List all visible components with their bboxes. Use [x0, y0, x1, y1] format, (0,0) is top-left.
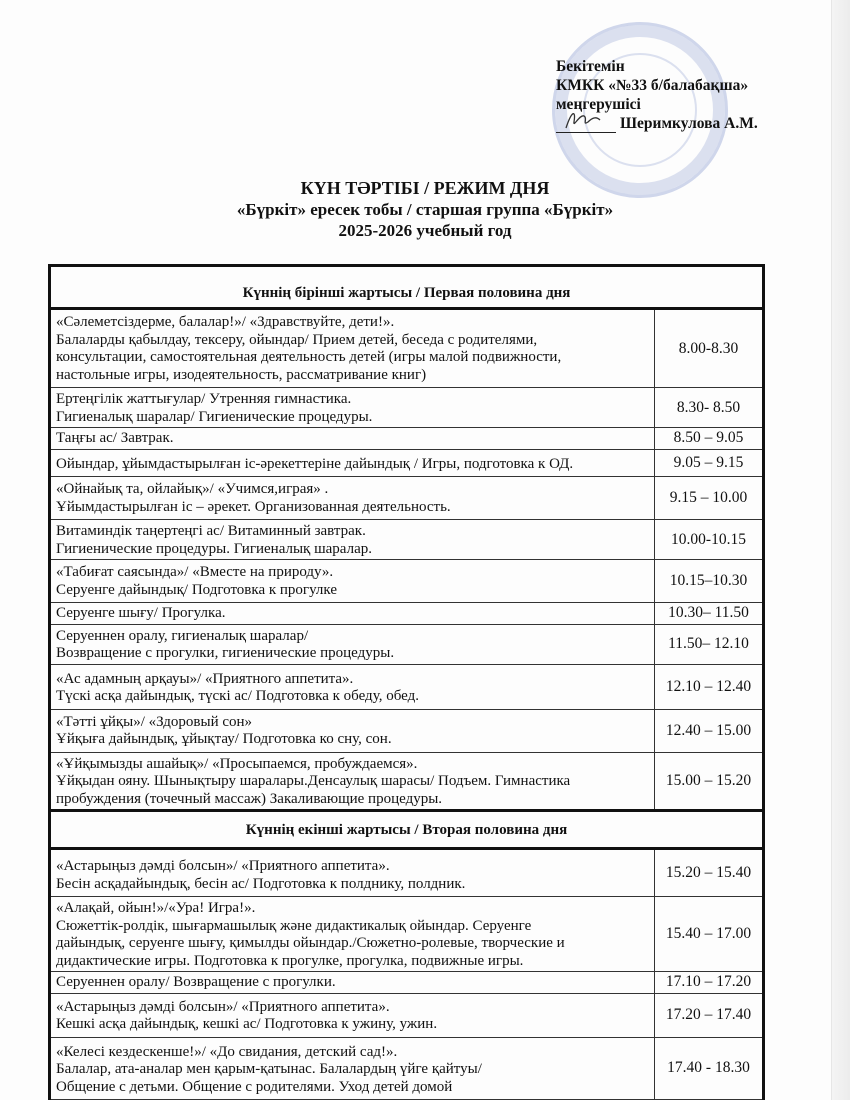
- activity-line: «Тәтті ұйқы»/ «Здоровый сон»: [56, 714, 650, 732]
- activity-line: Балалар, ата-аналар мен қарым-қатынас. Б…: [56, 1061, 650, 1079]
- activity-line: Кешкі асқа дайындық, кешкі ас/ Подготовк…: [56, 1016, 650, 1034]
- table-row: «Табиғат саясында»/ «Вместе на природу».…: [51, 560, 762, 603]
- activity-line: Балаларды қабылдау, тексеру, ойындар/ Пр…: [56, 332, 650, 350]
- activity-line: «Табиғат саясында»/ «Вместе на природу».: [56, 564, 650, 582]
- approval-block: Бекітемін КМКК «№33 б/балабақша» меңгеру…: [556, 57, 758, 133]
- page-edge: [831, 0, 850, 1100]
- time-cell: 15.20 – 15.40: [655, 850, 762, 896]
- activity-line: Бесін асқадайындық, бесін ас/ Подготовка…: [56, 876, 650, 894]
- title-group: «Бүркіт» ересек тобы / старшая группа «Б…: [0, 199, 850, 220]
- table-row: «Ұйқымызды ашайық»/ «Просыпаемся, пробуж…: [51, 753, 762, 813]
- activity-line: «Алақай, ойын!»/«Ура! Игра!».: [56, 900, 650, 918]
- table-row: «Астарыңыз дәмді болсын»/ «Приятного апп…: [51, 994, 762, 1038]
- table-row: «Ас адамның арқауы»/ «Приятного аппетита…: [51, 665, 762, 710]
- table-row: «Астарыңыз дәмді болсын»/ «Приятного апп…: [51, 850, 762, 897]
- time-cell: 17.40 - 18.30: [655, 1038, 762, 1100]
- activity-line: Гигиенические процедуры. Гигиеналық шара…: [56, 541, 650, 559]
- activity-line: Ұйымдастырылған іс – әрекет. Организован…: [56, 499, 650, 517]
- title-main: КҮН ТӘРТІБІ / РЕЖИМ ДНЯ: [0, 178, 850, 199]
- document-title: КҮН ТӘРТІБІ / РЕЖИМ ДНЯ «Бүркіт» ересек …: [0, 178, 850, 241]
- activity-line: «Ас адамның арқауы»/ «Приятного аппетита…: [56, 671, 650, 689]
- time-cell: 17.20 – 17.40: [655, 994, 762, 1037]
- approval-line-2: КМКК «№33 б/балабақша»: [556, 76, 758, 95]
- activity-cell: «Келесі кездескенше!»/ «До свидания, дет…: [51, 1038, 655, 1100]
- table-row: «Келесі кездескенше!»/ «До свидания, дет…: [51, 1038, 762, 1100]
- activity-cell: «Сәлеметсіздерме, балалар!»/ «Здравствуй…: [51, 310, 655, 387]
- time-cell: 8.30- 8.50: [655, 388, 762, 427]
- activity-line: «Ұйқымызды ашайық»/ «Просыпаемся, пробуж…: [56, 756, 650, 774]
- activity-line: Ойындар, ұйымдастырылған іс-әрекеттеріне…: [56, 456, 650, 474]
- activity-cell: «Табиғат саясында»/ «Вместе на природу».…: [51, 560, 655, 602]
- activity-line: Гигиеналық шаралар/ Гигиенические процед…: [56, 409, 650, 427]
- activity-cell: Витаминдік таңертеңгі ас/ Витаминный зав…: [51, 520, 655, 559]
- table-row: «Тәтті ұйқы»/ «Здоровый сон»Ұйқыға дайын…: [51, 710, 762, 753]
- schedule-table: Күннің бірінші жартысы / Первая половина…: [48, 264, 765, 1100]
- section-header: Күннің бірінші жартысы / Первая половина…: [51, 267, 762, 310]
- activity-line: Общение с детьми. Общение с родителями. …: [56, 1079, 650, 1097]
- activity-line: дайындық, серуенге шығу, қимылды ойындар…: [56, 935, 650, 953]
- time-cell: 9.05 – 9.15: [655, 450, 762, 477]
- activity-line: пробуждения (точечный массаж) Закаливающ…: [56, 791, 650, 809]
- activity-line: консультации, самостоятельная деятельнос…: [56, 349, 650, 367]
- signer-name: Шеримкулова А.М.: [620, 114, 758, 133]
- activity-cell: Ойындар, ұйымдастырылған іс-әрекеттеріне…: [51, 450, 655, 477]
- activity-line: Серуенге шығу/ Прогулка.: [56, 605, 650, 623]
- table-row: «Сәлеметсіздерме, балалар!»/ «Здравствуй…: [51, 310, 762, 388]
- activity-cell: Серуенге шығу/ Прогулка.: [51, 603, 655, 624]
- activity-line: Сюжеттік-ролдік, шығармашылық және дидак…: [56, 918, 650, 936]
- activity-line: Серуеннен оралу, гигиеналық шаралар/: [56, 628, 650, 646]
- activity-cell: «Ұйқымызды ашайық»/ «Просыпаемся, пробуж…: [51, 753, 655, 810]
- time-cell: 8.00-8.30: [655, 310, 762, 387]
- activity-cell: «Тәтті ұйқы»/ «Здоровый сон»Ұйқыға дайын…: [51, 710, 655, 752]
- activity-line: Таңғы ас/ Завтрак.: [56, 430, 650, 448]
- table-row: «Алақай, ойын!»/«Ура! Игра!».Сюжеттік-ро…: [51, 897, 762, 972]
- signature-row: Шеримкулова А.М.: [556, 114, 758, 133]
- time-cell: 10.15–10.30: [655, 560, 762, 602]
- activity-line: Түскі асқа дайындық, түскі ас/ Подготовк…: [56, 688, 650, 706]
- activity-line: «Астарыңыз дәмді болсын»/ «Приятного апп…: [56, 858, 650, 876]
- activity-line: Серуенге дайындық/ Подготовка к прогулке: [56, 582, 650, 600]
- table-row: Ойындар, ұйымдастырылған іс-әрекеттеріне…: [51, 450, 762, 478]
- title-year: 2025-2026 учебный год: [0, 220, 850, 241]
- activity-cell: «Ас адамның арқауы»/ «Приятного аппетита…: [51, 665, 655, 709]
- table-row: «Ойнайық та, ойлайық»/ «Учимся,играя» .Ұ…: [51, 477, 762, 520]
- activity-cell: «Астарыңыз дәмді болсын»/ «Приятного апп…: [51, 850, 655, 896]
- activity-line: дидактические игры. Подготовка к прогулк…: [56, 953, 650, 971]
- table-row: Витаминдік таңертеңгі ас/ Витаминный зав…: [51, 520, 762, 560]
- activity-cell: «Алақай, ойын!»/«Ура! Игра!».Сюжеттік-ро…: [51, 897, 655, 971]
- activity-cell: Серуеннен оралу/ Возвращение с прогулки.: [51, 972, 655, 993]
- activity-line: настольные игры, изодеятельность, рассма…: [56, 367, 650, 385]
- activity-line: Ұйқыдан ояну. Шынықтыру шаралары.Денсаул…: [56, 773, 650, 791]
- table-row: Серуенге шығу/ Прогулка.10.30– 11.50: [51, 603, 762, 625]
- time-cell: 17.10 – 17.20: [655, 972, 762, 993]
- activity-line: Возвращение с прогулки, гигиенические пр…: [56, 645, 650, 663]
- activity-line: Ұйқыға дайындық, ұйықтау/ Подготовка ко …: [56, 731, 650, 749]
- activity-cell: «Ойнайық та, ойлайық»/ «Учимся,играя» .Ұ…: [51, 477, 655, 519]
- activity-cell: Таңғы ас/ Завтрак.: [51, 428, 655, 449]
- activity-line: «Келесі кездескенше!»/ «До свидания, дет…: [56, 1044, 650, 1062]
- activity-cell: «Астарыңыз дәмді болсын»/ «Приятного апп…: [51, 994, 655, 1037]
- activity-cell: Серуеннен оралу, гигиеналық шаралар/Возв…: [51, 625, 655, 664]
- time-cell: 15.00 – 15.20: [655, 753, 762, 810]
- section-header: Күннің екінші жартысы / Вторая половина …: [51, 812, 762, 850]
- time-cell: 10.30– 11.50: [655, 603, 762, 624]
- activity-line: Витаминдік таңертеңгі ас/ Витаминный зав…: [56, 523, 650, 541]
- time-cell: 8.50 – 9.05: [655, 428, 762, 449]
- approval-line-1: Бекітемін: [556, 57, 758, 76]
- activity-line: «Сәлеметсіздерме, балалар!»/ «Здравствуй…: [56, 314, 650, 332]
- time-cell: 10.00-10.15: [655, 520, 762, 559]
- time-cell: 15.40 – 17.00: [655, 897, 762, 971]
- time-cell: 12.40 – 15.00: [655, 710, 762, 752]
- activity-line: «Ойнайық та, ойлайық»/ «Учимся,играя» .: [56, 481, 650, 499]
- time-cell: 9.15 – 10.00: [655, 477, 762, 519]
- table-row: Ертеңгілік жаттығулар/ Утренняя гимнасти…: [51, 388, 762, 428]
- activity-cell: Ертеңгілік жаттығулар/ Утренняя гимнасти…: [51, 388, 655, 427]
- table-row: Серуеннен оралу, гигиеналық шаралар/Возв…: [51, 625, 762, 665]
- table-row: Серуеннен оралу/ Возвращение с прогулки.…: [51, 972, 762, 994]
- activity-line: Ертеңгілік жаттығулар/ Утренняя гимнасти…: [56, 391, 650, 409]
- time-cell: 12.10 – 12.40: [655, 665, 762, 709]
- signature-icon: [556, 114, 616, 133]
- table-row: Таңғы ас/ Завтрак.8.50 – 9.05: [51, 428, 762, 450]
- activity-line: «Астарыңыз дәмді болсын»/ «Приятного апп…: [56, 999, 650, 1017]
- time-cell: 11.50– 12.10: [655, 625, 762, 664]
- activity-line: Серуеннен оралу/ Возвращение с прогулки.: [56, 974, 650, 992]
